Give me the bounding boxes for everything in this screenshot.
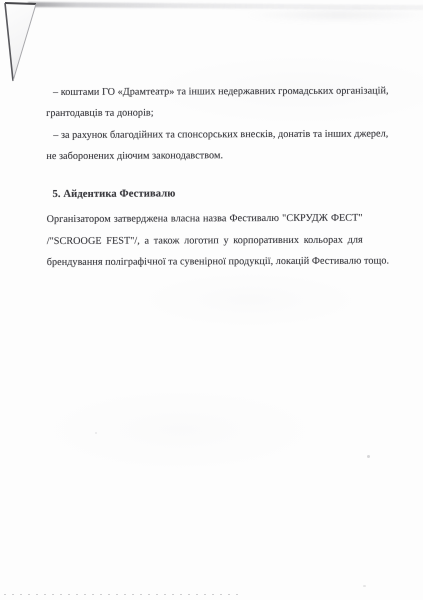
funding-source-item-1: – коштами ГО «Драмтеатр» та інших недерж… xyxy=(46,81,362,125)
identity-paragraph: Організатором затверджена власна назва Ф… xyxy=(47,208,363,273)
section-heading: 5. Айдентика Фестивалю xyxy=(46,183,362,206)
text-line: брендування поліграфічної та сувенірної … xyxy=(47,251,363,274)
scan-speck xyxy=(363,585,366,587)
page-corner-fold-icon xyxy=(0,0,44,88)
scan-speck xyxy=(367,455,370,458)
text-line: Організатором затверджена власна назва Ф… xyxy=(47,208,363,231)
scan-speck xyxy=(95,432,97,434)
text-line: – за рахунок благодійних та спонсорських… xyxy=(46,123,362,146)
scanned-document-page: – коштами ГО «Драмтеатр» та інших недерж… xyxy=(0,0,423,600)
scan-haze xyxy=(213,7,423,27)
text-line: не заборонених діючим законодавством. xyxy=(46,145,362,168)
document-content: – коштами ГО «Драмтеатр» та інших недерж… xyxy=(46,81,363,274)
text-line: грантодавців та донорів; xyxy=(46,102,362,125)
scan-bottom-artifact xyxy=(4,594,239,596)
funding-source-item-2: – за рахунок благодійних та спонсорських… xyxy=(46,123,362,167)
text-line: /"SCROOGE FEST"/, а також логотип у корп… xyxy=(47,229,363,252)
text-line: – коштами ГО «Драмтеатр» та інших недерж… xyxy=(46,81,362,104)
